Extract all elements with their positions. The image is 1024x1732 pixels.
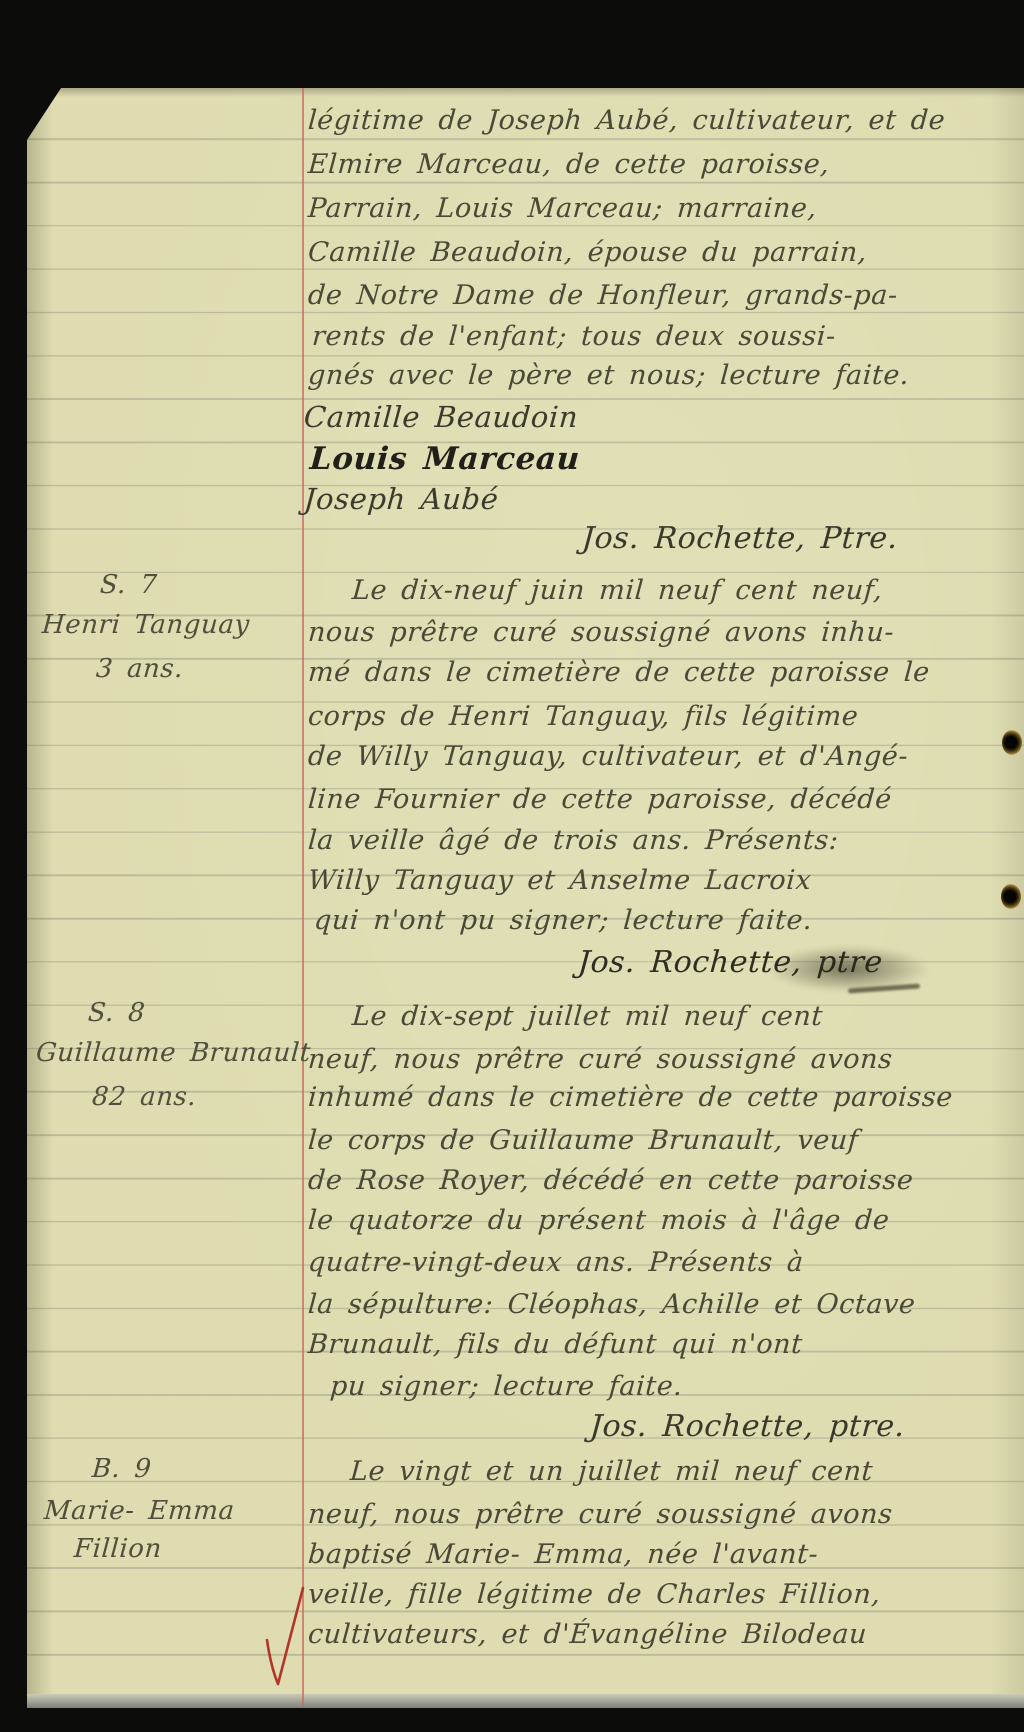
act-line: de Willy Tanguay, cultivateur, et d'Angé… xyxy=(307,740,910,774)
act-line: Le vingt et un juillet mil neuf cent xyxy=(349,1455,874,1489)
act-line: cultivateurs, et d'Évangéline Bilodeau xyxy=(307,1618,868,1652)
red-checkmark-icon xyxy=(258,1580,308,1694)
margin-entry-age: 82 ans. xyxy=(91,1080,198,1114)
act-line: Elmire Marceau, de cette paroisse, xyxy=(307,148,831,182)
act-line: de Rose Royer, décédé en cette paroisse xyxy=(307,1164,915,1198)
act-line: Le dix-neuf juin mil neuf cent neuf, xyxy=(351,574,884,608)
act-line: la veille âgé de trois ans. Présents: xyxy=(307,824,840,858)
act-line: le quatorze du présent mois à l'âge de xyxy=(307,1204,891,1238)
margin-entry-name: Fillion xyxy=(73,1532,163,1566)
act-line: neuf, nous prêtre curé soussigné avons xyxy=(307,1498,894,1532)
act-line: quatre-vingt-deux ans. Présents à xyxy=(307,1246,805,1280)
act-line: corps de Henri Tanguay, fils légitime xyxy=(307,700,860,734)
act-line: gnés avec le père et nous; lecture faite… xyxy=(307,359,911,393)
act-line: Brunault, fils du défunt qui n'ont xyxy=(307,1328,804,1362)
act-line: Camille Beaudoin, épouse du parrain, xyxy=(307,236,868,270)
act-line: line Fournier de cette paroisse, décédé xyxy=(307,783,893,817)
priest-signature: Jos. Rochette, ptre. xyxy=(589,1410,906,1444)
act-line: légitime de Joseph Aubé, cultivateur, et… xyxy=(307,104,947,138)
act-line: Willy Tanguay et Anselme Lacroix xyxy=(307,864,813,898)
act-line: Le dix-sept juillet mil neuf cent xyxy=(351,1000,824,1034)
witness-signature: Camille Beaudoin xyxy=(303,400,580,434)
act-line: de Notre Dame de Honfleur, grands-pa- xyxy=(307,279,899,313)
margin-entry-name: Henri Tanguay xyxy=(41,608,251,642)
witness-signature: Louis Marceau xyxy=(309,442,581,476)
binder-hole xyxy=(1001,884,1021,909)
act-line: rents de l'enfant; tous deux soussi- xyxy=(311,320,837,354)
margin-entry-name: Guillaume Brunault xyxy=(35,1036,312,1070)
page-bottom-edge xyxy=(27,1694,1024,1708)
act-line: mé dans le cimetière de cette paroisse l… xyxy=(307,656,931,690)
act-line: pu signer; lecture faite. xyxy=(329,1370,684,1404)
act-line: inhumé dans le cimetière de cette parois… xyxy=(307,1081,954,1115)
margin-entry-age: 3 ans. xyxy=(95,652,185,686)
margin-entry-name: Marie- Emma xyxy=(43,1494,236,1528)
act-line: neuf, nous prêtre curé soussigné avons xyxy=(307,1043,894,1077)
act-line: qui n'ont pu signer; lecture faite. xyxy=(313,904,814,938)
act-line: veille, fille légitime de Charles Fillio… xyxy=(307,1578,882,1612)
priest-signature: Jos. Rochette, Ptre. xyxy=(581,522,899,556)
act-line: baptisé Marie- Emma, née l'avant- xyxy=(307,1538,820,1572)
witness-signature: Joseph Aubé xyxy=(303,482,500,516)
act-line: Parrain, Louis Marceau; marraine, xyxy=(307,192,818,226)
act-line: le corps de Guillaume Brunault, veuf xyxy=(307,1124,860,1158)
margin-entry-number: S. 7 xyxy=(99,568,159,602)
margin-entry-number: B. 9 xyxy=(91,1452,153,1486)
binder-hole xyxy=(1002,730,1022,755)
act-line: nous prêtre curé soussigné avons inhu- xyxy=(307,616,896,650)
margin-entry-number: S. 8 xyxy=(87,996,147,1030)
red-margin-rule xyxy=(302,88,304,1706)
register-page-scan: légitime de Joseph Aubé, cultivateur, et… xyxy=(0,0,1024,1732)
act-line: la sépulture: Cléophas, Achille et Octav… xyxy=(307,1288,917,1322)
